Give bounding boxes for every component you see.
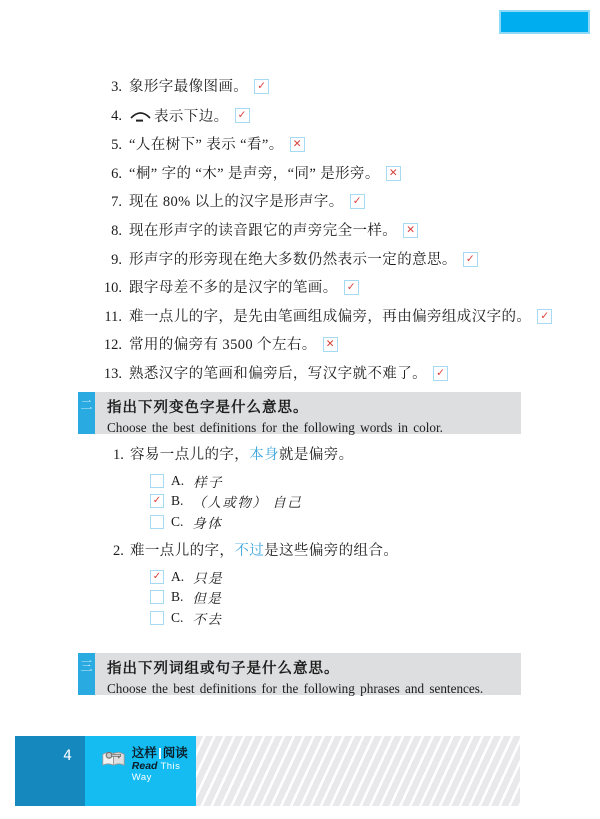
logo-text: 这样 阅读 ReadThis Way bbox=[132, 746, 196, 783]
footer-stripe-band bbox=[196, 736, 520, 806]
statement-text: “人在树下” 表示 “看”。 bbox=[129, 137, 284, 153]
option-letter: B. bbox=[171, 589, 183, 605]
page-number: 4 bbox=[15, 736, 85, 806]
option-letter: C. bbox=[171, 610, 183, 626]
question-text-segment: 容易一点儿的字， bbox=[130, 447, 249, 463]
question-1: 1.容易一点儿的字，本身就是偏旁。A.样子✓B.（人或物） 自己C.身体 bbox=[113, 447, 354, 535]
statement-number: 9. bbox=[96, 252, 122, 268]
statement-text: 跟字母差不多的是汉字的笔画。 bbox=[129, 280, 338, 296]
statement-text: 现在形声字的读音跟它的声旁完全一样。 bbox=[129, 223, 397, 239]
statement-text: 常用的偏旁有 3500 个左右。 bbox=[129, 337, 317, 353]
book-key-icon bbox=[101, 746, 128, 770]
question-2: 2.难一点儿的字，不过是这些偏旁的组合。✓A.只是B.但是C.不去 bbox=[113, 543, 398, 631]
statement-number: 8. bbox=[96, 223, 122, 239]
check-mark[interactable]: ✓ bbox=[235, 108, 250, 123]
option-text: （人或物） 自己 bbox=[192, 491, 302, 511]
options-list: ✓A.只是B.但是C.不去 bbox=[150, 570, 398, 625]
option-checkbox[interactable] bbox=[150, 611, 164, 625]
statement-number: 10. bbox=[96, 280, 122, 296]
option-text: 身体 bbox=[192, 512, 222, 532]
question-line: 2.难一点儿的字，不过是这些偏旁的组合。 bbox=[113, 543, 398, 559]
question-text: 难一点儿的字，不过是这些偏旁的组合。 bbox=[130, 543, 398, 559]
statement-item: 13.熟悉汉字的笔画和偏旁后，写汉字就不难了。✓ bbox=[0, 366, 580, 382]
question-number: 2. bbox=[113, 543, 130, 559]
option-row: ✓B.（人或物） 自己 bbox=[150, 494, 354, 508]
option-checkbox[interactable] bbox=[150, 590, 164, 604]
statement-item: 7.现在 80% 以上的汉字是形声字。✓ bbox=[0, 194, 580, 210]
colored-word: 本身 bbox=[249, 447, 279, 463]
question-text-segment: 是这些偏旁的组合。 bbox=[264, 543, 398, 559]
question-line: 1.容易一点儿的字，本身就是偏旁。 bbox=[113, 447, 354, 463]
statement-item: 8.现在形声字的读音跟它的声旁完全一样。✕ bbox=[0, 223, 580, 239]
option-checkbox[interactable] bbox=[150, 515, 164, 529]
section-two-title: 指出下列变色字是什么意思。 bbox=[107, 396, 521, 417]
options-list: A.样子✓B.（人或物） 自己C.身体 bbox=[150, 474, 354, 529]
statement-text: 现在 80% 以上的汉字是形声字。 bbox=[129, 194, 344, 210]
cross-mark[interactable]: ✕ bbox=[403, 223, 418, 238]
option-letter: C. bbox=[171, 514, 183, 530]
option-checkbox-checked[interactable]: ✓ bbox=[150, 494, 164, 508]
section-three-header: 三 指出下列词组或句子是什么意思。 Choose the best defini… bbox=[78, 653, 521, 695]
page-corner-tab bbox=[499, 10, 590, 34]
check-mark[interactable]: ✓ bbox=[254, 79, 269, 94]
check-mark[interactable]: ✓ bbox=[537, 309, 552, 324]
statement-text: 形声字的形旁现在绝大多数仍然表示一定的意思。 bbox=[129, 252, 457, 268]
cross-mark[interactable]: ✕ bbox=[386, 166, 401, 181]
check-mark[interactable]: ✓ bbox=[350, 194, 365, 209]
statement-text: 表示下边。 bbox=[129, 108, 229, 125]
option-row: B.但是 bbox=[150, 590, 398, 604]
logo-cn-right: 阅读 bbox=[163, 746, 188, 760]
section-three-subtitle: Choose the best definitions for the foll… bbox=[107, 681, 521, 697]
series-logo: 这样 阅读 ReadThis Way bbox=[85, 736, 196, 806]
check-mark[interactable]: ✓ bbox=[433, 366, 448, 381]
section-three-title: 指出下列词组或句子是什么意思。 bbox=[107, 657, 521, 678]
section-two-header: 二 指出下列变色字是什么意思。 Choose the best definiti… bbox=[78, 392, 521, 434]
section-three-header-body: 指出下列词组或句子是什么意思。 Choose the best definiti… bbox=[95, 653, 521, 695]
cross-mark[interactable]: ✕ bbox=[290, 137, 305, 152]
check-mark[interactable]: ✓ bbox=[344, 280, 359, 295]
statement-text: 象形字最像图画。 bbox=[129, 79, 248, 95]
question-text-segment: 难一点儿的字， bbox=[130, 543, 234, 559]
cross-mark[interactable]: ✕ bbox=[323, 337, 338, 352]
statement-item: 6.“桐” 字的 “木” 是声旁，“同” 是形旁。✕ bbox=[0, 166, 580, 182]
logo-separator bbox=[159, 748, 161, 759]
option-letter: A. bbox=[171, 473, 184, 489]
statement-number: 4. bbox=[96, 108, 122, 124]
statement-item: 11.难一点儿的字，是先由笔画组成偏旁，再由偏旁组成汉字的。✓ bbox=[0, 309, 580, 325]
section-two-header-body: 指出下列变色字是什么意思。 Choose the best definition… bbox=[95, 392, 521, 434]
option-letter: B. bbox=[171, 493, 183, 509]
statement-number: 12. bbox=[96, 337, 122, 353]
question-text: 容易一点儿的字，本身就是偏旁。 bbox=[130, 447, 354, 463]
option-row: ✓A.只是 bbox=[150, 570, 398, 584]
option-text: 不去 bbox=[192, 608, 222, 628]
xia-ancient-form-symbol bbox=[129, 108, 152, 122]
statement-number: 13. bbox=[96, 366, 122, 382]
statement-text: 熟悉汉字的笔画和偏旁后，写汉字就不难了。 bbox=[129, 366, 427, 382]
statement-number: 3. bbox=[96, 79, 122, 95]
statement-item: 3.象形字最像图画。✓ bbox=[0, 79, 580, 95]
logo-english: ReadThis Way bbox=[132, 761, 196, 783]
statement-text: “桐” 字的 “木” 是声旁，“同” 是形旁。 bbox=[129, 166, 380, 182]
option-checkbox-checked[interactable]: ✓ bbox=[150, 570, 164, 584]
logo-en-bold: Read bbox=[132, 760, 158, 772]
section-two-subtitle: Choose the best definitions for the foll… bbox=[107, 420, 521, 436]
statement-item: 5.“人在树下” 表示 “看”。✕ bbox=[0, 137, 580, 153]
option-row: C.身体 bbox=[150, 515, 354, 529]
section-three-tab: 三 bbox=[78, 653, 95, 695]
question-text-segment: 就是偏旁。 bbox=[279, 447, 354, 463]
statement-number: 11. bbox=[96, 309, 122, 325]
statement-item: 12.常用的偏旁有 3500 个左右。✕ bbox=[0, 337, 580, 353]
option-text: 样子 bbox=[193, 471, 223, 491]
statement-number: 7. bbox=[96, 194, 122, 210]
textbook-page: 3.象形字最像图画。✓4.表示下边。✓5.“人在树下” 表示 “看”。✕6.“桐… bbox=[0, 0, 600, 819]
colored-word: 不过 bbox=[234, 543, 264, 559]
check-mark[interactable]: ✓ bbox=[463, 252, 478, 267]
section-two-tab: 二 bbox=[78, 392, 95, 434]
option-text: 只是 bbox=[193, 567, 223, 587]
statement-text: 难一点儿的字，是先由笔画组成偏旁，再由偏旁组成汉字的。 bbox=[129, 309, 531, 325]
statement-item: 4.表示下边。✓ bbox=[0, 108, 580, 125]
logo-chinese: 这样 阅读 bbox=[132, 746, 196, 760]
logo-cn-left: 这样 bbox=[132, 746, 157, 760]
statement-number: 5. bbox=[96, 137, 122, 153]
option-checkbox[interactable] bbox=[150, 474, 164, 488]
statement-item: 9.形声字的形旁现在绝大多数仍然表示一定的意思。✓ bbox=[0, 252, 580, 268]
page-footer: 4 这样 阅读 ReadThis Way bbox=[15, 736, 520, 806]
statements-list: 3.象形字最像图画。✓4.表示下边。✓5.“人在树下” 表示 “看”。✕6.“桐… bbox=[0, 79, 580, 395]
question-number: 1. bbox=[113, 447, 130, 463]
statement-number: 6. bbox=[96, 166, 122, 182]
option-text: 但是 bbox=[192, 587, 222, 607]
option-row: C.不去 bbox=[150, 611, 398, 625]
statement-item: 10.跟字母差不多的是汉字的笔画。✓ bbox=[0, 280, 580, 296]
option-row: A.样子 bbox=[150, 474, 354, 488]
option-letter: A. bbox=[171, 569, 184, 585]
